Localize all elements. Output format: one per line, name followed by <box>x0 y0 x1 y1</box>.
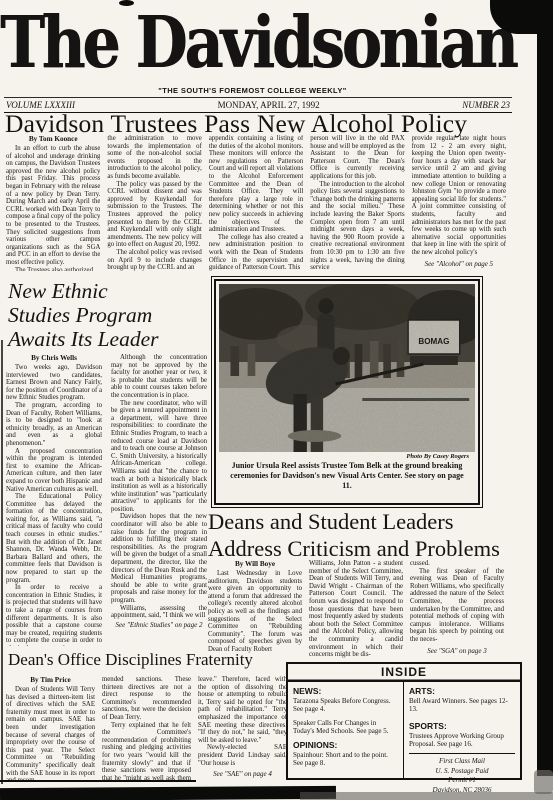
inside-arts-label: ARTS: <box>409 686 515 696</box>
lead-column-5-text: provide regular late night hours from 12… <box>412 135 506 257</box>
ethnic-headline-line3: Awaits Its Leader <box>8 327 208 351</box>
scan-artifact-top-dot <box>119 0 134 6</box>
lead-article-columns: By Tom Koonce In an effort to curb the a… <box>6 135 506 277</box>
ethnic-jump-line: See "Ethnic Studies" on page 2 <box>111 622 207 630</box>
ethnic-column-2: Although the concentration may not be ap… <box>111 354 207 650</box>
inside-title: INSIDE <box>288 664 520 682</box>
newspaper-front-page: The Davidsonian "THE SOUTH'S FOREMOST CO… <box>0 0 553 800</box>
masthead-title: The Davidsonian <box>0 2 500 85</box>
inside-sports-items: Trustees Approve Working Group Proposal.… <box>409 732 515 754</box>
ethnic-column-2-text: Although the concentration may not be ap… <box>111 354 207 620</box>
deans-column-1-text: Last Wednesday in Love auditorium, David… <box>208 570 302 654</box>
frat-article-columns: By Tim Price Dean of Students Will Terry… <box>6 676 287 782</box>
inside-left-column: NEWS: Tarazona Speaks Before Congress. S… <box>288 682 404 778</box>
ethnic-byline: By Chris Wells <box>6 354 102 363</box>
issue-number-label: NUMBER 23 <box>462 100 510 110</box>
deans-headline: Deans and Student Leaders Address Critic… <box>208 508 528 562</box>
deans-headline-line1: Deans and Student Leaders <box>208 508 528 535</box>
photo-credit: Photo By Casey Rogers <box>219 453 475 460</box>
ethnic-headline-line2: Studies Program <box>8 303 208 327</box>
frat-headline: Dean's Office Disciplines Fraternity <box>8 650 300 670</box>
lead-byline: By Tom Koonce <box>6 135 100 144</box>
lead-jump-line: See "Alcohol" on page 5 <box>412 261 506 269</box>
scan-artifact-right-tail <box>534 770 553 794</box>
scan-artifact-bottom-gray <box>300 792 553 800</box>
inside-news-items: Tarazona Speaks Before Congress. See pag… <box>293 697 398 735</box>
scan-artifact-left-line <box>1 340 3 784</box>
deans-column-1: By Will Boye Last Wednesday in Love audi… <box>208 560 302 660</box>
ethnic-article-columns: By Chris Wells Two weeks ago, Davidson i… <box>6 354 207 650</box>
inside-opinions-items: Spainhour: Short and to the point. See p… <box>293 751 398 768</box>
deans-byline: By Will Boye <box>208 560 302 569</box>
lead-column-3: appendix containing a listing of the dut… <box>209 135 303 276</box>
photo-caption: Junior Ursula Reel assists Trustee Tom B… <box>219 460 475 491</box>
inside-news-label: NEWS: <box>293 686 398 696</box>
frat-column-2-text: mended sanctions. These thirteen directi… <box>102 676 191 782</box>
inside-box: INSIDE NEWS: Tarazona Speaks Before Cong… <box>286 662 522 780</box>
groundbreaking-photo: BOMAG <box>219 284 475 452</box>
frat-column-1-text: Dean of Students Will Terry has devised … <box>6 686 95 782</box>
ethnic-headline-line1: New Ethnic <box>8 279 208 303</box>
photo-inner-frame: BOMAG Photo By Casey Rogers Junior Ursul… <box>214 279 480 505</box>
volume-label: VOLUME LXXXIII <box>6 100 75 110</box>
frat-column-3: leave." Therefore, faced with the option… <box>198 676 287 782</box>
ethnic-column-1-text: Two weeks ago, Davidson interviewed two … <box>6 364 102 646</box>
deans-column-3: cussed.The first speaker of the evening … <box>410 560 504 660</box>
frat-byline: By Tim Price <box>6 676 95 685</box>
lead-column-2: the administration to move towards the i… <box>107 135 201 271</box>
lead-column-1: By Tom Koonce In an effort to curb the a… <box>6 135 100 271</box>
inside-sports-label: SPORTS: <box>409 721 515 731</box>
lead-column-2-text: the administration to move towards the i… <box>107 135 201 271</box>
scan-artifact-bottom-band <box>0 786 336 800</box>
deans-column-2: Williams, John Patton - a student member… <box>309 560 403 666</box>
ethnic-headline: New Ethnic Studies Program Awaits Its Le… <box>8 279 208 351</box>
postage-mail-block: First Class MailU. S. Postage PaidPermit… <box>409 753 515 797</box>
deans-headline-line2: Address Criticism and Problems <box>208 535 528 562</box>
deans-column-3-text: cussed.The first speaker of the evening … <box>410 560 504 644</box>
date-label: MONDAY, APRIL 27, 1992 <box>218 100 320 110</box>
frat-column-1: By Tim Price Dean of Students Will Terry… <box>6 676 95 782</box>
scan-artifact-bottom-line <box>0 780 196 782</box>
inside-body: NEWS: Tarazona Speaks Before Congress. S… <box>288 682 520 778</box>
lead-column-5: provide regular late night hours from 12… <box>412 135 506 277</box>
deans-column-2-text: Williams, John Patton - a student member… <box>309 560 403 659</box>
scan-artifact-right-strip <box>537 0 553 776</box>
inside-right-column: ARTS: Bell Award Winners. See pages 12-1… <box>404 682 520 778</box>
masthead-tagline: "THE SOUTH'S FOREMOST COLLEGE WEEKLY" <box>0 86 505 95</box>
frat-jump-line: See "SAE" on page 4 <box>198 771 287 779</box>
photo-frame: BOMAG Photo By Casey Rogers Junior Ursul… <box>211 276 483 508</box>
lead-column-3-text: appendix containing a listing of the dut… <box>209 135 303 272</box>
inside-opinions-label: OPINIONS: <box>293 740 398 750</box>
ethnic-column-1: By Chris Wells Two weeks ago, Davidson i… <box>6 354 102 646</box>
inside-arts-items: Bell Award Winners. See pages 12-13. <box>409 697 515 719</box>
lead-column-1-text: In an effort to curb the abuse of alcoho… <box>6 145 100 271</box>
frat-column-3-text: leave." Therefore, faced with the option… <box>198 676 287 767</box>
frat-column-2: mended sanctions. These thirteen directi… <box>102 676 191 782</box>
deans-jump-line: See "SGA" on page 3 <box>410 648 504 656</box>
lead-column-4-text: person will live in the old PAX house an… <box>310 135 404 269</box>
lead-column-4: person will live in the old PAX house an… <box>310 135 404 269</box>
